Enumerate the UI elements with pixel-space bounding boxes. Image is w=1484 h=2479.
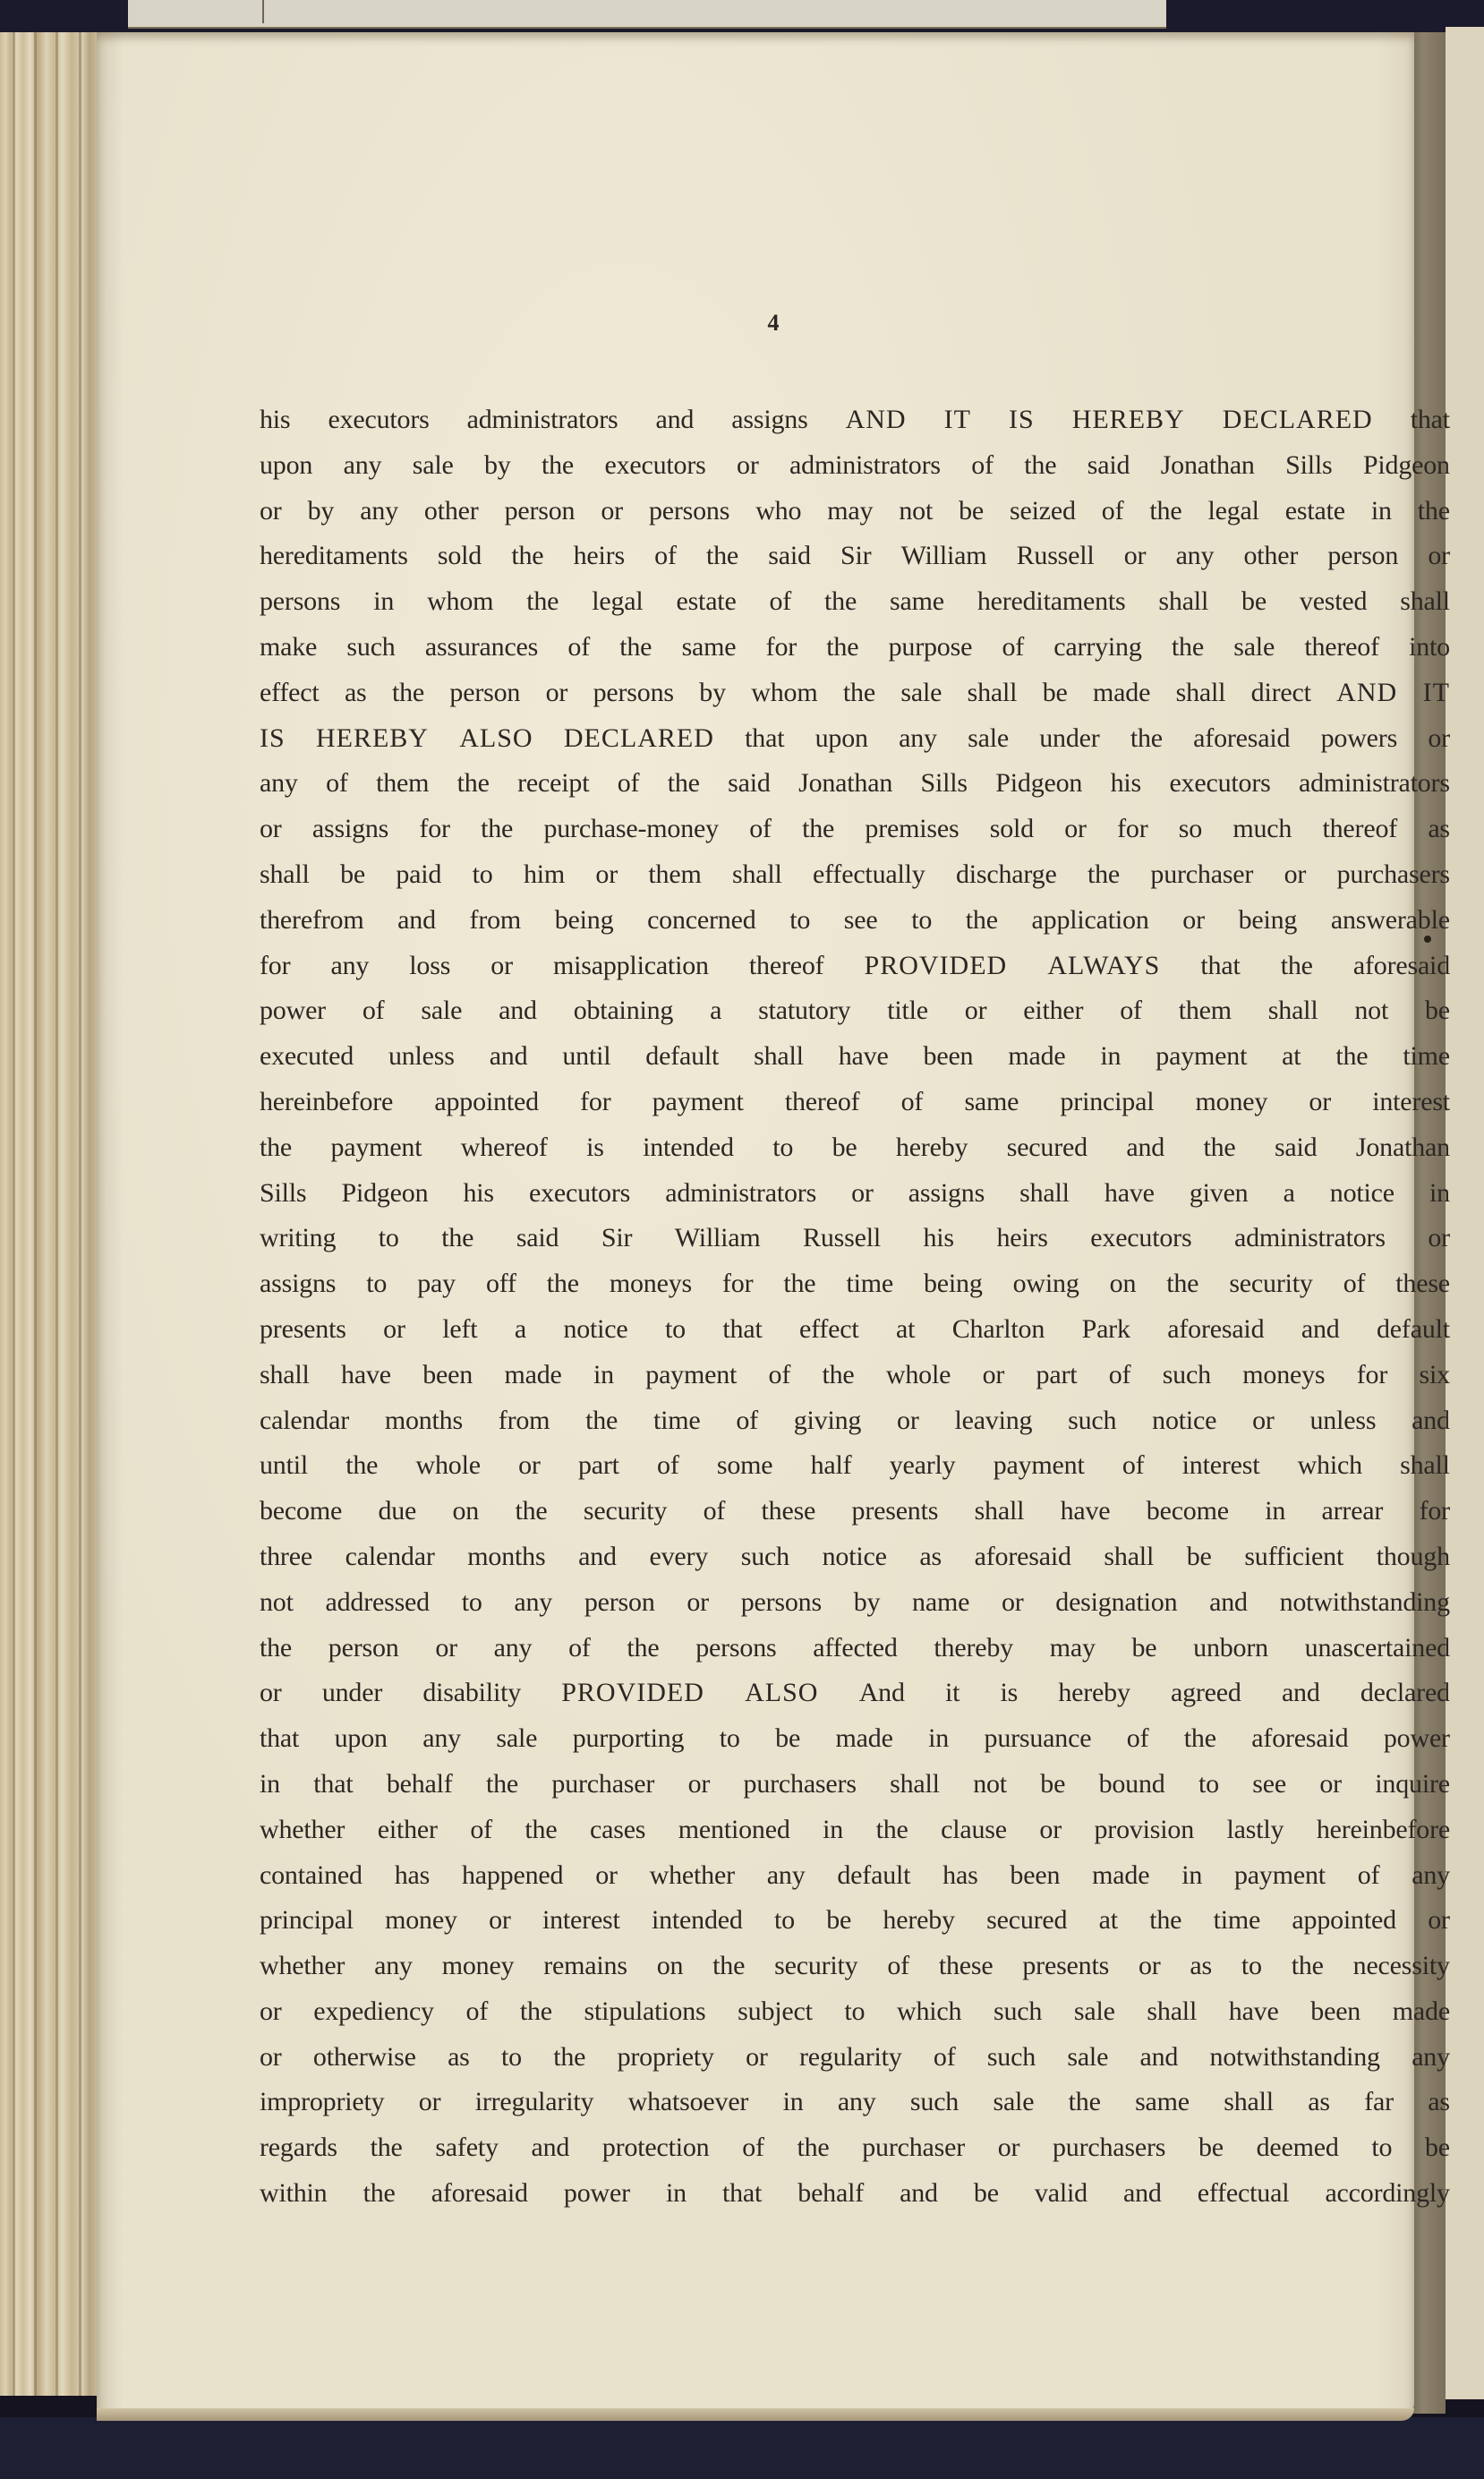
word: person xyxy=(1327,534,1398,579)
word: or xyxy=(1309,1080,1331,1125)
word: made xyxy=(1093,671,1150,716)
text-line: whethereitherofthecasesmentionedinthecla… xyxy=(260,1808,1450,1853)
text-line: shallbepaidtohimorthemshalleffectuallydi… xyxy=(260,852,1450,898)
word: of xyxy=(704,1489,726,1534)
word: any xyxy=(899,716,937,762)
word: of xyxy=(901,1080,924,1125)
word: therefrom xyxy=(260,898,363,944)
word: or xyxy=(383,1307,405,1353)
word: such xyxy=(1163,1353,1211,1398)
text-line: powerofsaleandobtainingastatutorytitleor… xyxy=(260,988,1450,1034)
word: or xyxy=(1252,1398,1275,1444)
word: the xyxy=(797,2125,829,2171)
word: unborn xyxy=(1193,1626,1268,1671)
word: and xyxy=(900,2171,938,2217)
word: notwithstanding xyxy=(1210,2035,1380,2081)
word: time xyxy=(1214,1898,1261,1944)
text-line: improprietyorirregularitywhatsoeverinany… xyxy=(260,2080,1450,2125)
word: person xyxy=(505,489,576,534)
word: concerned xyxy=(647,898,755,944)
word: Park xyxy=(1082,1307,1130,1353)
word: the xyxy=(824,579,857,625)
word: security xyxy=(774,1944,857,1989)
word: persons xyxy=(593,671,674,716)
word: for xyxy=(1357,1353,1387,1398)
word: said xyxy=(728,761,771,807)
word: thereof xyxy=(749,944,824,989)
word: Charlton xyxy=(952,1307,1045,1353)
word: shall xyxy=(754,1034,804,1080)
word: the xyxy=(826,625,858,671)
word: far xyxy=(1364,2080,1394,2125)
word: behalf xyxy=(387,1762,453,1808)
word: purchaser xyxy=(1150,852,1253,898)
word: three xyxy=(260,1534,312,1580)
word: to xyxy=(844,1989,865,2035)
word: unless xyxy=(388,1034,455,1080)
margin-ink-spot xyxy=(1424,936,1431,943)
word: executors xyxy=(328,397,429,443)
word: which xyxy=(897,1989,961,2035)
word: in xyxy=(928,1716,949,1762)
word: shall xyxy=(1400,1443,1450,1489)
word: and xyxy=(1301,1307,1340,1353)
word: addressed xyxy=(325,1580,430,1626)
word: payment xyxy=(1156,1034,1247,1080)
word: not xyxy=(260,1580,294,1626)
word: be xyxy=(1198,2125,1224,2171)
word: vested xyxy=(1300,579,1367,625)
word: upon xyxy=(335,1716,388,1762)
word: other xyxy=(1244,534,1299,579)
word: default xyxy=(837,1853,910,1899)
word: Jonathan xyxy=(1161,443,1255,489)
word: to xyxy=(720,1716,740,1762)
word: Russell xyxy=(803,1216,881,1261)
binding-cloth-bottom xyxy=(0,2417,1484,2479)
word: same xyxy=(1135,2080,1190,2125)
word: or xyxy=(1124,534,1147,579)
word: been xyxy=(1310,1989,1360,2035)
word: purchasers xyxy=(1337,852,1450,898)
word: to xyxy=(501,2035,522,2081)
word: Sills xyxy=(1285,443,1332,489)
word: or xyxy=(688,1762,711,1808)
word: inquire xyxy=(1375,1762,1450,1808)
word: that xyxy=(313,1762,353,1808)
word: or xyxy=(546,671,568,716)
word: of xyxy=(749,807,772,852)
word: and xyxy=(531,2125,569,2171)
word: the xyxy=(1024,443,1056,489)
word: whether xyxy=(260,1808,345,1853)
page-stack-left xyxy=(0,32,100,2396)
word: made xyxy=(1008,1034,1065,1080)
word: that xyxy=(260,1716,299,1762)
word: to xyxy=(772,1125,793,1171)
word: being xyxy=(555,898,614,944)
word: thereof xyxy=(1322,807,1397,852)
word: of xyxy=(1122,1443,1145,1489)
word: these xyxy=(939,1944,994,1989)
word: until xyxy=(260,1443,308,1489)
word: seized xyxy=(1010,489,1076,534)
word: of xyxy=(362,988,385,1034)
document-body: hisexecutorsadministratorsandassignsANDI… xyxy=(260,397,1450,2217)
word: be xyxy=(1241,579,1267,625)
word: at xyxy=(896,1307,915,1353)
word: shall xyxy=(732,852,782,898)
word: behalf xyxy=(797,2171,864,2217)
word: been xyxy=(422,1353,473,1398)
word: contained xyxy=(260,1853,362,1899)
word: or xyxy=(489,1898,511,1944)
word: of xyxy=(770,579,792,625)
word: said xyxy=(1275,1125,1318,1171)
word: to xyxy=(1198,1762,1219,1808)
word: under xyxy=(322,1671,382,1716)
word: has xyxy=(395,1853,430,1899)
word: calendar xyxy=(260,1398,349,1444)
word: that xyxy=(722,2171,762,2217)
word: Sir xyxy=(840,534,871,579)
word: shall xyxy=(1158,579,1208,625)
word: as xyxy=(1428,807,1450,852)
word: regards xyxy=(260,2125,337,2171)
word: the xyxy=(345,1443,378,1489)
word: a xyxy=(710,988,721,1034)
word: by xyxy=(308,489,335,534)
text-line: thatuponanysalepurportingtobemadeinpursu… xyxy=(260,1716,1450,1762)
word: either xyxy=(1023,988,1083,1034)
word: thereby xyxy=(934,1626,1013,1671)
word: interest xyxy=(542,1898,620,1944)
word: disability xyxy=(422,1671,521,1716)
word: or xyxy=(737,443,759,489)
word: the xyxy=(392,671,424,716)
word: Pidgeon xyxy=(341,1171,428,1217)
word: Pidgeon xyxy=(1363,443,1450,489)
word: happened xyxy=(462,1853,563,1899)
word: the xyxy=(260,1626,292,1671)
word: off xyxy=(486,1261,516,1307)
word: sale xyxy=(1067,2035,1108,2081)
word: in xyxy=(593,1353,614,1398)
word: any xyxy=(767,1853,806,1899)
word: calendar xyxy=(345,1534,435,1580)
word: aforesaid xyxy=(1251,1716,1348,1762)
word: paid xyxy=(396,852,441,898)
word: Russell xyxy=(1017,534,1095,579)
word: IT xyxy=(944,397,971,443)
word: money xyxy=(1196,1080,1268,1125)
word: of xyxy=(326,761,348,807)
word: or xyxy=(1428,716,1450,762)
word: presents xyxy=(260,1307,346,1353)
word: effectual xyxy=(1198,2171,1290,2217)
word: whole xyxy=(416,1443,481,1489)
word: PROVIDED xyxy=(865,944,1008,989)
word: shall xyxy=(890,1762,940,1808)
word: sufficient xyxy=(1244,1534,1343,1580)
word: intended xyxy=(643,1125,734,1171)
word: six xyxy=(1420,1353,1450,1398)
word: and xyxy=(656,397,695,443)
word: every xyxy=(649,1534,708,1580)
word: legal xyxy=(592,579,643,625)
word: default xyxy=(645,1034,719,1080)
word: executors xyxy=(529,1171,630,1217)
word: sold xyxy=(990,807,1034,852)
word: secured xyxy=(986,1898,1067,1944)
word: otherwise xyxy=(313,2035,416,2081)
word: shall xyxy=(260,852,310,898)
word: the xyxy=(619,625,652,671)
word: or xyxy=(897,1398,919,1444)
word: or xyxy=(1039,1808,1062,1853)
word: in xyxy=(373,579,394,625)
word: and xyxy=(1209,1580,1248,1626)
page-bottom-edge xyxy=(97,2408,1414,2421)
word: shall xyxy=(1268,988,1318,1034)
word: obtaining xyxy=(574,988,674,1034)
word: the xyxy=(1335,1034,1368,1080)
word: not xyxy=(973,1762,1007,1808)
word: assigns xyxy=(260,1261,336,1307)
word: these xyxy=(1395,1261,1450,1307)
word: as xyxy=(919,1534,942,1580)
word: may xyxy=(827,489,873,534)
word: Sills xyxy=(260,1171,306,1217)
word: DECLARED xyxy=(1223,397,1373,443)
word: upon xyxy=(815,716,868,762)
word: the xyxy=(520,1989,552,2035)
word: a xyxy=(515,1307,526,1353)
word: of xyxy=(769,1353,791,1398)
word: power xyxy=(260,988,326,1034)
word: has xyxy=(942,1853,977,1899)
word: either xyxy=(378,1808,438,1853)
word: the xyxy=(441,1216,473,1261)
word: any xyxy=(1412,2035,1450,2081)
word: estate xyxy=(676,579,736,625)
text-line: foranylossormisapplicationthereofPROVIDE… xyxy=(260,944,1450,989)
word: protection xyxy=(602,2125,710,2171)
word: or xyxy=(1284,852,1307,898)
word: William xyxy=(675,1216,761,1261)
word: irregularity xyxy=(475,2080,594,2125)
word: any xyxy=(344,443,382,489)
text-line: becomedueonthesecurityofthesepresentssha… xyxy=(260,1489,1450,1534)
word: estate xyxy=(1285,489,1345,534)
word: the xyxy=(876,1808,908,1853)
word: aforesaid xyxy=(1193,716,1290,762)
word: have xyxy=(341,1353,391,1398)
word: for xyxy=(1420,1489,1450,1534)
word: stipulations xyxy=(584,1989,706,2035)
word: in xyxy=(1100,1034,1121,1080)
word: to xyxy=(473,852,493,898)
word: the xyxy=(481,807,513,852)
text-line: hereinbeforeappointedforpaymentthereofof… xyxy=(260,1080,1450,1125)
word: executed xyxy=(260,1034,354,1080)
text-line: untilthewholeorpartofsomehalfyearlypayme… xyxy=(260,1443,1450,1489)
word: purpose xyxy=(889,625,973,671)
word: and xyxy=(499,988,537,1034)
word: be xyxy=(1131,1626,1156,1671)
word: in xyxy=(260,1762,280,1808)
word: the xyxy=(515,1489,547,1534)
word: or xyxy=(1428,1216,1450,1261)
word: the xyxy=(486,1762,518,1808)
word: of xyxy=(1102,489,1124,534)
word: sale xyxy=(1074,1989,1115,2035)
word: administrators xyxy=(665,1171,816,1217)
word: shall xyxy=(1019,1171,1070,1217)
word: due xyxy=(378,1489,416,1534)
word: or xyxy=(998,2125,1020,2171)
word: such xyxy=(910,2080,959,2125)
word: provision xyxy=(1094,1808,1194,1853)
word: any xyxy=(360,489,398,534)
word: months xyxy=(385,1398,463,1444)
word: affected xyxy=(813,1626,897,1671)
word: DECLARED xyxy=(564,716,714,762)
word: mentioned xyxy=(678,1808,790,1853)
word: to xyxy=(379,1216,399,1261)
word: any xyxy=(494,1626,533,1671)
word: made xyxy=(1092,1853,1149,1899)
word: or xyxy=(1428,1898,1450,1944)
word: shall xyxy=(1224,2080,1274,2125)
text-line: anyofthemthereceiptofthesaidJonathanSill… xyxy=(260,761,1450,807)
word: shall xyxy=(1147,1989,1197,2035)
word: administrators xyxy=(1299,761,1450,807)
word: expediency xyxy=(313,1989,434,2035)
word: that xyxy=(745,716,784,762)
word: and xyxy=(1282,1671,1320,1716)
word: from xyxy=(470,898,522,944)
word: for xyxy=(722,1261,753,1307)
text-line: orunderdisabilityPROVIDEDALSOAnditishere… xyxy=(260,1671,1450,1716)
text-line: ISHEREBYALSODECLAREDthatuponanysaleunder… xyxy=(260,716,1450,762)
word: of xyxy=(567,625,590,671)
word: sale xyxy=(968,716,1009,762)
word: to xyxy=(911,898,932,944)
word: whom xyxy=(427,579,493,625)
word: hereby xyxy=(883,1898,954,1944)
word: any xyxy=(514,1580,552,1626)
word: or xyxy=(1428,534,1450,579)
word: the xyxy=(457,761,490,807)
word: hereby xyxy=(1058,1671,1130,1716)
word: the xyxy=(1418,489,1450,534)
word: of xyxy=(466,1989,489,2035)
word: William xyxy=(901,534,987,579)
word: who xyxy=(755,489,801,534)
word: IT xyxy=(1423,671,1450,716)
word: person xyxy=(328,1626,399,1671)
word: declared xyxy=(1360,1671,1450,1716)
word: in xyxy=(823,1808,843,1853)
word: as xyxy=(448,2035,470,2081)
word: the xyxy=(1203,1125,1235,1171)
word: of xyxy=(657,1443,679,1489)
word: persons xyxy=(741,1580,822,1626)
word: accordingly xyxy=(1325,2171,1449,2217)
word: or xyxy=(260,2035,282,2081)
word: by xyxy=(484,443,511,489)
word: to xyxy=(774,1898,795,1944)
word: months xyxy=(467,1534,545,1580)
text-line: hereditamentssoldtheheirsofthesaidSirWil… xyxy=(260,534,1450,579)
word: it xyxy=(945,1671,959,1716)
word: deemed xyxy=(1257,2125,1339,2171)
word: upon xyxy=(260,443,312,489)
word: into xyxy=(1409,625,1450,671)
word: made xyxy=(1393,1989,1450,2035)
word: the xyxy=(783,1261,815,1307)
word: agreed xyxy=(1171,1671,1241,1716)
word: as xyxy=(1428,2080,1450,2125)
word: and xyxy=(1140,2035,1179,2081)
text-line: shallhavebeenmadeinpaymentofthewholeorpa… xyxy=(260,1353,1450,1398)
word: have xyxy=(1061,1489,1111,1534)
word: money xyxy=(385,1898,457,1944)
word: of xyxy=(618,761,640,807)
word: ALWAYS xyxy=(1047,944,1160,989)
word: or xyxy=(260,807,282,852)
word: assigns xyxy=(731,397,807,443)
word: HEREBY xyxy=(1072,397,1185,443)
word: that xyxy=(1411,397,1450,443)
word: made xyxy=(836,1716,893,1762)
word: whether xyxy=(650,1853,735,1899)
page-edge-mark xyxy=(262,0,264,23)
word: or xyxy=(419,2080,441,2125)
word: the xyxy=(585,1398,618,1444)
word: become xyxy=(260,1489,342,1534)
word: hereditaments xyxy=(260,534,408,579)
word: on xyxy=(1110,1261,1137,1307)
text-line: orbyanyotherpersonorpersonswhomaynotbese… xyxy=(260,489,1450,534)
text-line: thepaymentwhereofisintendedtobeherebysec… xyxy=(260,1125,1450,1171)
word: being xyxy=(1239,898,1298,944)
word: the xyxy=(802,807,834,852)
page-number: 4 xyxy=(97,310,1414,337)
word: by xyxy=(699,671,726,716)
word: HEREBY xyxy=(316,716,429,762)
word: that xyxy=(1200,944,1240,989)
word: the xyxy=(526,579,559,625)
word: or xyxy=(983,1353,1005,1398)
word: them xyxy=(648,852,701,898)
word: of xyxy=(1127,1716,1149,1762)
word: or xyxy=(435,1626,457,1671)
word: thereof xyxy=(1304,625,1379,671)
word: premises xyxy=(865,807,959,852)
text-line: regardsthesafetyandprotectionofthepurcha… xyxy=(260,2125,1450,2171)
word: Sills xyxy=(921,761,968,807)
word: shall xyxy=(1176,671,1226,716)
next-page-edge xyxy=(1446,27,1484,2399)
word: is xyxy=(1000,1671,1018,1716)
word: interest xyxy=(1372,1080,1450,1125)
word: until xyxy=(562,1034,610,1080)
word: PROVIDED xyxy=(561,1671,704,1716)
word: administrators xyxy=(1234,1216,1386,1261)
word: as xyxy=(345,671,367,716)
